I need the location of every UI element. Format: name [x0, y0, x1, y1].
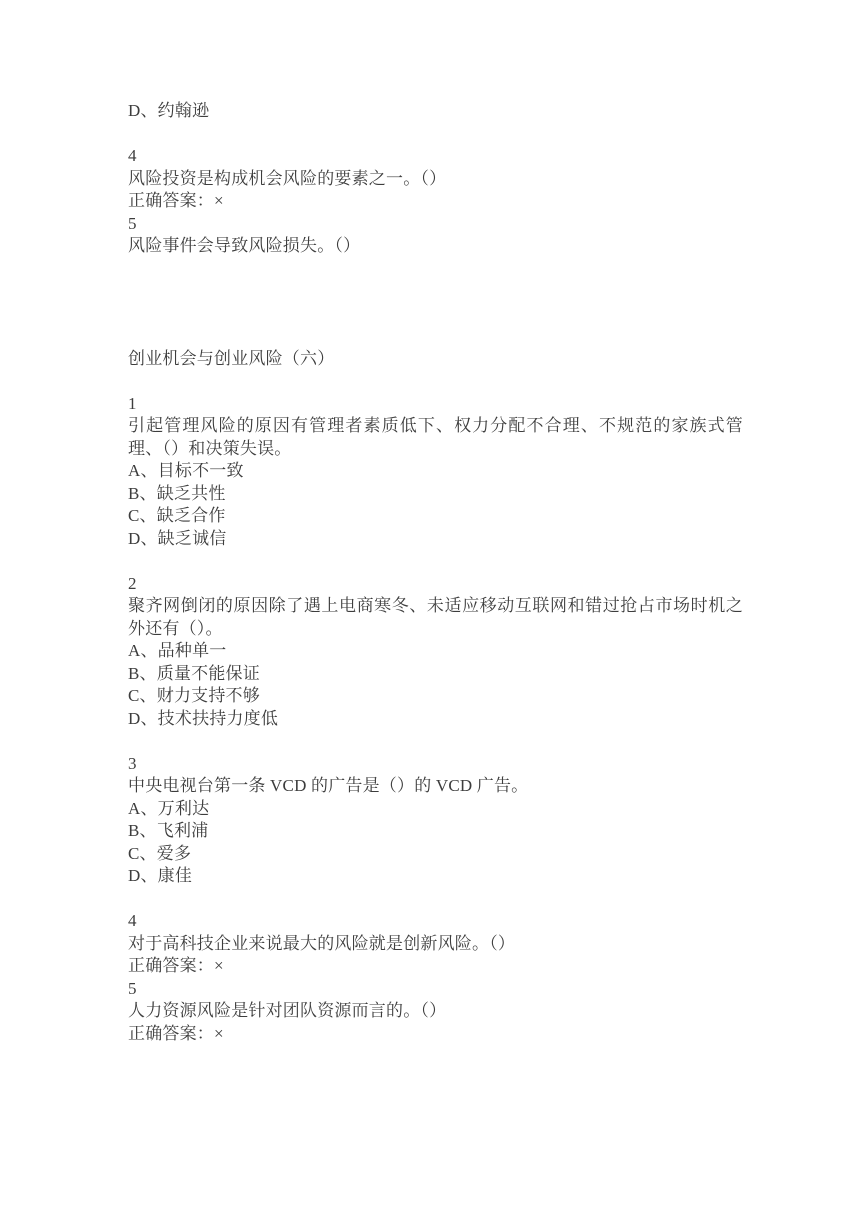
- option-line: B、缺乏共性: [128, 483, 743, 506]
- option-line: D、康佳: [128, 865, 743, 888]
- option-line: D、缺乏诚信: [128, 528, 743, 551]
- document-page: D、约翰逊4风险投资是构成机会风险的要素之一。（）正确答案：×5风险事件会导致风…: [0, 0, 860, 1216]
- blank-line: [128, 123, 743, 146]
- option-line: C、爱多: [128, 843, 743, 866]
- document-body: D、约翰逊4风险投资是构成机会风险的要素之一。（）正确答案：×5风险事件会导致风…: [128, 100, 743, 1045]
- option-line: A、万利达: [128, 798, 743, 821]
- answer-line: 正确答案：×: [128, 1023, 743, 1046]
- question-text: 人力资源风险是针对团队资源而言的。（）: [128, 1000, 743, 1023]
- option-line: B、质量不能保证: [128, 663, 743, 686]
- option-line: C、财力支持不够: [128, 685, 743, 708]
- answer-line: 正确答案：×: [128, 955, 743, 978]
- answer-line: 正确答案：×: [128, 190, 743, 213]
- question-number: 5: [128, 213, 743, 236]
- option-line: A、目标不一致: [128, 460, 743, 483]
- question-number: 2: [128, 573, 743, 596]
- option-line: A、品种单一: [128, 640, 743, 663]
- blank-line: [128, 258, 743, 348]
- blank-line: [128, 370, 743, 393]
- question-number: 3: [128, 753, 743, 776]
- question-number: 4: [128, 910, 743, 933]
- question-text: 对于高科技企业来说最大的风险就是创新风险。（）: [128, 933, 743, 956]
- option-line: D、技术扶持力度低: [128, 708, 743, 731]
- option-line: B、飞利浦: [128, 820, 743, 843]
- option-line: C、缺乏合作: [128, 505, 743, 528]
- question-number: 4: [128, 145, 743, 168]
- question-text: 中央电视台第一条 VCD 的广告是（）的 VCD 广告。: [128, 775, 743, 798]
- blank-line: [128, 730, 743, 753]
- blank-line: [128, 888, 743, 911]
- question-text: 风险事件会导致风险损失。（）: [128, 235, 743, 258]
- section-title: 创业机会与创业风险（六）: [128, 348, 743, 371]
- question-text: 聚齐网倒闭的原因除了遇上电商寒冬、未适应移动互联网和错过抢占市场时机之外还有（）…: [128, 595, 743, 640]
- option-line: D、约翰逊: [128, 100, 743, 123]
- question-text: 引起管理风险的原因有管理者素质低下、权力分配不合理、不规范的家族式管理、（）和决…: [128, 415, 743, 460]
- question-number: 1: [128, 393, 743, 416]
- question-text: 风险投资是构成机会风险的要素之一。（）: [128, 168, 743, 191]
- blank-line: [128, 550, 743, 573]
- question-number: 5: [128, 978, 743, 1001]
